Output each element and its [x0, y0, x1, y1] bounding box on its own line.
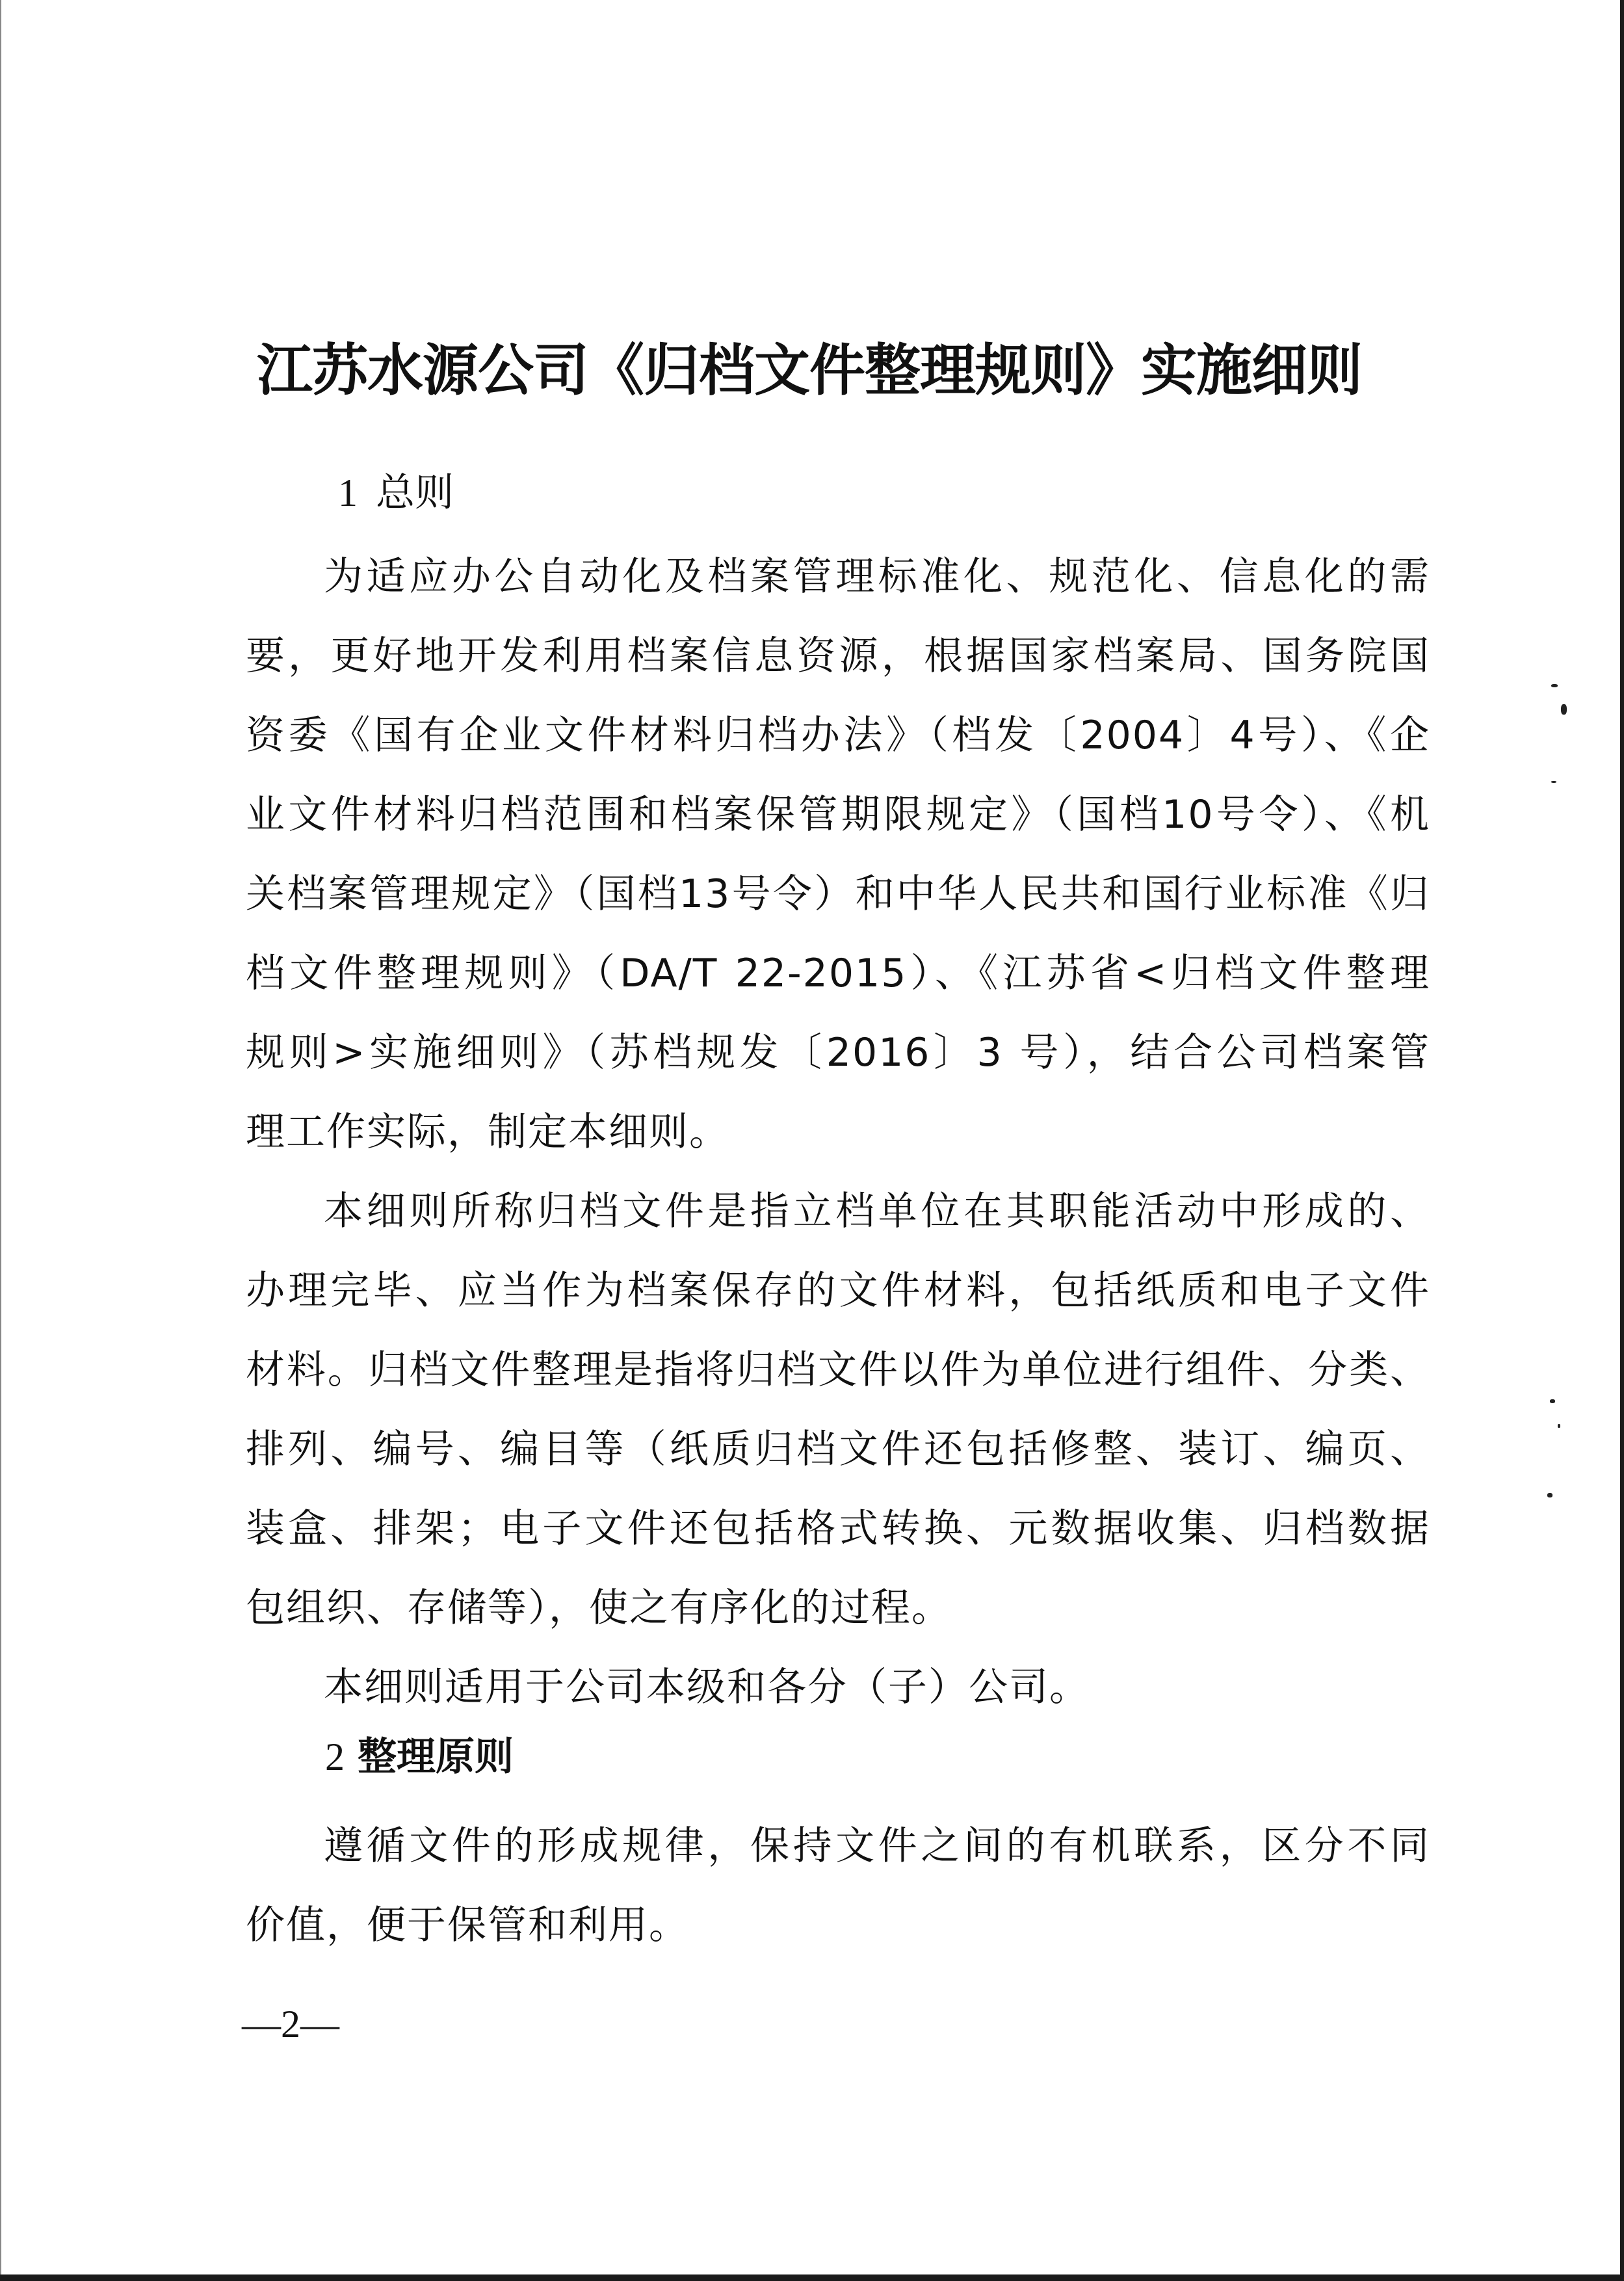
paragraph-line: 遵循文件的形成规律，保持文件之间的有机联系，区分不同: [324, 1817, 1430, 1875]
paragraph-line: 资委《国有企业文件材料归档办法》（档发〔2004〕4号）、《企: [246, 706, 1430, 765]
scan-speck: [1550, 1399, 1555, 1403]
scan-border-right: [1620, 0, 1624, 2281]
paragraph-line: 关档案管理规定》（国档13号令）和中华人民共和国行业标准《归: [246, 865, 1430, 923]
page-number: —2—: [242, 2001, 339, 2047]
section-title: 整理原则: [358, 1734, 514, 1780]
document-title: 江苏水源公司《归档文件整理规则》实施细则: [257, 338, 1447, 403]
section-heading-general: 1总则: [338, 467, 454, 519]
scan-speck: [1551, 684, 1558, 687]
scan-speck: [1551, 781, 1556, 783]
scan-border-bottom: [0, 2274, 1624, 2281]
page-edge-left: [0, 0, 1, 2281]
paragraph-line: 要，更好地开发利用档案信息资源，根据国家档案局、国务院国: [246, 627, 1430, 685]
section-number: 1: [338, 471, 358, 514]
paragraph-line: 规则>实施细则》（苏档规发〔2016〕3 号），结合公司档案管: [246, 1023, 1430, 1082]
scan-speck: [1561, 704, 1567, 715]
paragraph-line: 包组织、存储等），使之有序化的过程。: [246, 1579, 1430, 1637]
section-heading-principles: 2整理原则: [325, 1731, 514, 1783]
paragraph-line: 业文件材料归档范围和档案保管期限规定》（国档10号令）、《机: [246, 785, 1430, 844]
paragraph-line: 为适应办公自动化及档案管理标准化、规范化、信息化的需: [324, 547, 1430, 606]
paragraph-line: 装盒、排架；电子文件还包括格式转换、元数据收集、归档数据: [246, 1499, 1430, 1558]
section-title: 总则: [376, 470, 454, 516]
section-number: 2: [325, 1735, 345, 1778]
paragraph-line: 排列、编号、编目等（纸质归档文件还包括修整、装订、编页、: [246, 1420, 1430, 1479]
paragraph-line: 价值，便于保管和利用。: [246, 1896, 1430, 1955]
scan-speck: [1547, 1493, 1552, 1497]
paragraph-line: 本细则所称归档文件是指立档单位在其职能活动中形成的、: [324, 1182, 1430, 1241]
paragraph-line: 材料。归档文件整理是指将归档文件以件为单位进行组件、分类、: [246, 1341, 1430, 1399]
paragraph-line: 办理完毕、应当作为档案保存的文件材料，包括纸质和电子文件: [246, 1261, 1430, 1320]
paragraph-line: 档文件整理规则》（DA/T 22-2015）、《江苏省<归档文件整理: [246, 944, 1430, 1003]
paragraph-line: 本细则适用于公司本级和各分（子）公司。: [324, 1658, 1430, 1717]
paragraph-line: 理工作实际，制定本细则。: [246, 1103, 1430, 1161]
scan-speck: [1558, 1424, 1560, 1428]
